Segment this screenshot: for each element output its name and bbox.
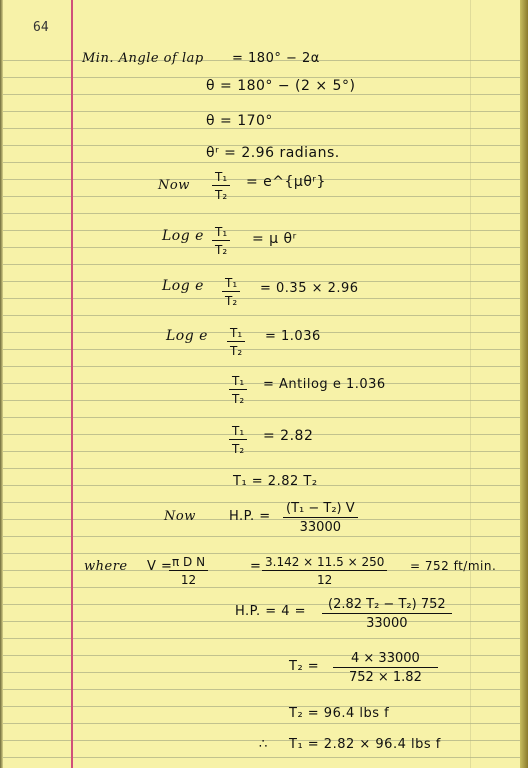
therefore-symbol: ∴ <box>259 737 268 752</box>
ratio-fraction-2: T₁ T₂ <box>212 225 230 257</box>
t2-value: T₂ = 96.4 lbs f <box>289 706 389 721</box>
velocity-fraction: π D N 12 <box>169 555 208 587</box>
log-label-3: Log e <box>166 328 208 344</box>
velocity-result: = 752 ft/min. <box>410 559 496 573</box>
ratio-fraction-3: T₁ T₂ <box>222 276 240 308</box>
theta-equation-2: θ = 170° <box>206 113 273 129</box>
equals-sign: = <box>250 559 261 574</box>
where-label: where <box>84 559 128 574</box>
page-number: 64 <box>33 20 49 35</box>
ratio-fraction-6: T₁ T₂ <box>229 424 247 456</box>
theta-equation-1: θ = 180° − (2 × 5°) <box>206 78 355 94</box>
ratio-fraction-5: T₁ T₂ <box>229 374 247 406</box>
log-label-1: Log e <box>162 228 204 244</box>
ratio-fraction-1: T₁ T₂ <box>212 170 230 202</box>
hp-label: H.P. = <box>229 509 271 524</box>
ratio-fraction-4: T₁ T₂ <box>227 326 245 358</box>
page-edge-left <box>0 0 3 768</box>
ratio-numerator: T₁ <box>212 170 230 186</box>
now-label-1: Now <box>158 178 190 193</box>
page-edge-right <box>520 0 528 768</box>
min-angle-label: Min. Angle of lap <box>82 51 204 66</box>
log-rhs-3: = 1.036 <box>265 329 321 344</box>
log-rhs-1: = μ θʳ <box>252 231 297 247</box>
log-label-2: Log e <box>162 278 204 294</box>
hp-fraction: (T₁ − T₂) V 33000 <box>283 501 358 535</box>
now-label-2: Now <box>164 509 196 524</box>
ratio-value-rhs: = 2.82 <box>263 428 313 444</box>
t1-final: T₁ = 2.82 × 96.4 lbs f <box>289 737 441 752</box>
ratio-denominator: T₂ <box>215 186 227 202</box>
notebook-page: 64 Min. Angle of lap = 180° − 2α θ = 180… <box>0 0 528 768</box>
faint-rule <box>470 0 471 768</box>
t2-label: T₂ = <box>289 659 319 674</box>
min-angle-equation: = 180° − 2α <box>232 51 320 66</box>
t1-equation: T₁ = 2.82 T₂ <box>233 474 318 489</box>
theta-radians: θʳ = 2.96 radians. <box>206 145 340 161</box>
antilog-rhs: = Antilog e 1.036 <box>263 377 386 392</box>
t2-fraction: 4 × 33000 752 × 1.82 <box>333 651 438 685</box>
exponential-rhs: = e^{μθʳ} <box>246 174 326 190</box>
hp4-label: H.P. = 4 = <box>235 604 306 619</box>
velocity-calc-fraction: 3.142 × 11.5 × 250 12 <box>262 555 387 587</box>
log-rhs-2: = 0.35 × 2.96 <box>260 281 359 296</box>
margin-rule <box>71 0 73 768</box>
hp4-fraction: (2.82 T₂ − T₂) 752 33000 <box>322 597 452 631</box>
